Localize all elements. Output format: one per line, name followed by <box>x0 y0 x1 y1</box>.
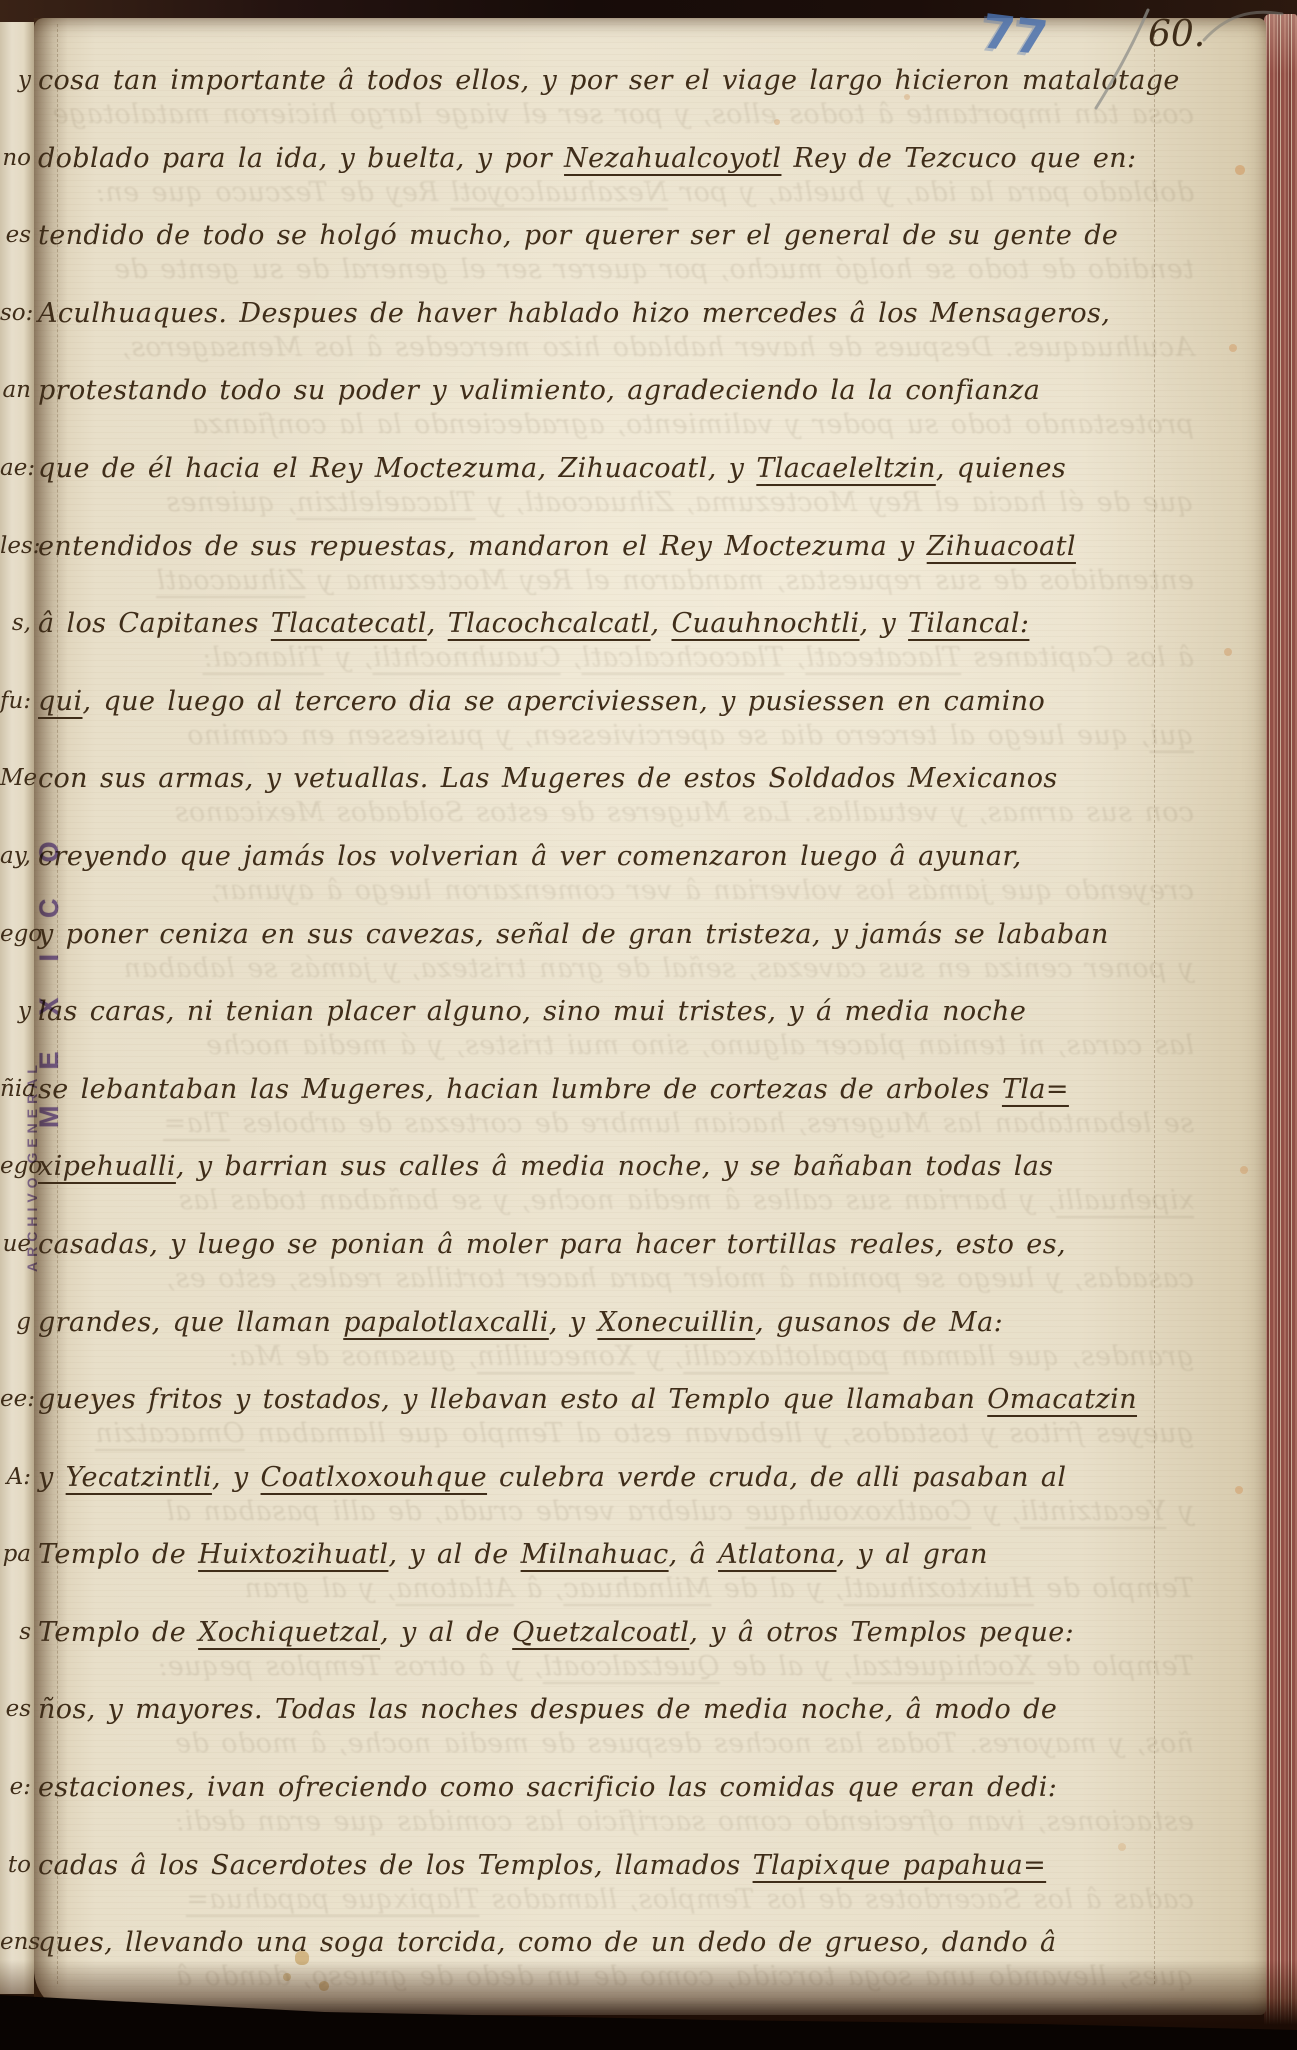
text-segment: , <box>651 608 672 639</box>
underlined-word: papalotlaxcalli <box>343 1307 549 1338</box>
manuscript-line: Templo de Huixtozihuatl, y al de Milnahu… <box>38 1516 1188 1594</box>
underlined-word: Tlacaeleltzin <box>756 453 936 484</box>
manuscript-line: tendido de todo se holgó mucho, por quer… <box>38 197 1188 275</box>
text-segment: , y <box>549 1307 598 1338</box>
text-segment: ños, y mayores. Todas las noches despues… <box>38 1694 1057 1725</box>
text-segment: se lebantaban las Mugeres, hacian lumbre… <box>38 1074 1002 1105</box>
text-segment: entendidos de sus repuestas, mandaron el… <box>38 531 927 562</box>
underlined-word: Xonecuillin <box>597 1307 755 1338</box>
text-segment: grandes, que llaman <box>38 1307 343 1338</box>
margin-fragment: ee: <box>0 1361 31 1439</box>
underlined-word: xipehualli <box>38 1151 176 1182</box>
text-segment: Rey de Tezcuco que en: <box>781 143 1136 174</box>
margin-fragment: ae: <box>0 430 31 508</box>
text-segment: que de él hacia el Rey Moctezuma, Zihuac… <box>38 453 756 484</box>
text-segment: , y â otros Templos peque: <box>689 1617 1074 1648</box>
margin-fragment: s <box>0 1594 31 1672</box>
text-segment: con sus armas, y vetuallas. Las Mugeres … <box>38 763 1058 794</box>
pencil-mark <box>1082 4 1166 116</box>
underlined-word: Yecatzintli <box>66 1462 212 1493</box>
manuscript-line: con sus armas, y vetuallas. Las Mugeres … <box>38 740 1188 818</box>
manuscript-line: doblado para la ida, y buelta, y por Nez… <box>38 120 1188 198</box>
text-segment: y <box>38 1462 66 1493</box>
margin-fragment: ñia <box>0 1051 31 1129</box>
text-segment: culebra verde cruda, de alli pasaban al <box>487 1462 1066 1493</box>
manuscript-line: que de él hacia el Rey Moctezuma, Zihuac… <box>38 430 1188 508</box>
text-segment: gueyes fritos y tostados, y llebavan est… <box>38 1384 987 1415</box>
text-segment: tendido de todo se holgó mucho, por quer… <box>38 220 1118 251</box>
text-segment: doblado para la ida, y buelta, y por <box>38 143 564 174</box>
text-segment: , y barrian sus calles â media noche, y … <box>176 1151 1054 1182</box>
manuscript-line: Aculhuaques. Despues de haver hablado hi… <box>38 275 1188 353</box>
manuscript-line: ños, y mayores. Todas las noches despues… <box>38 1671 1188 1749</box>
manuscript-line: estaciones, ivan ofreciendo como sacrifi… <box>38 1749 1188 1827</box>
underlined-word: Atlatona <box>718 1539 836 1570</box>
manuscript-line: protestando todo su poder y valimiento, … <box>38 352 1188 430</box>
underlined-word: Milnahuac <box>521 1539 669 1570</box>
text-segment: , y <box>859 608 908 639</box>
margin-fragment: to <box>0 1827 31 1905</box>
underlined-word: Quetzalcoatl <box>512 1617 689 1648</box>
text-segment: casadas, y luego se ponian â moler para … <box>38 1229 1066 1260</box>
manuscript-line: qui, que luego al tercero dia se aperciv… <box>38 663 1188 741</box>
text-segment: las caras, ni tenian placer alguno, sino… <box>38 996 1026 1027</box>
margin-fragment: ay, <box>0 818 31 896</box>
manuscript-line: â los Capitanes Tlacatecatl, Tlacochcalc… <box>38 585 1188 663</box>
underlined-word: Xochiquetzal <box>198 1617 380 1648</box>
text-segment: Templo de <box>38 1617 198 1648</box>
underlined-word: Tilancal: <box>908 608 1029 639</box>
margin-fragment: ego <box>0 1128 31 1206</box>
margin-fragment: es <box>0 1671 31 1749</box>
underlined-word: Cuauhnochtli <box>671 608 859 639</box>
pencil-folio-number: 77 <box>979 4 1051 67</box>
margin-fragment: s, <box>0 585 31 663</box>
manuscript-line: xipehualli, y barrian sus calles â media… <box>38 1128 1188 1206</box>
manuscript-line: creyendo que jamás los volverian â ver c… <box>38 818 1188 896</box>
manuscript-line: y poner ceniza en sus cavezas, señal de … <box>38 896 1188 974</box>
manuscript-line: entendidos de sus repuestas, mandaron el… <box>38 508 1188 586</box>
manuscript-line: casadas, y luego se ponian â moler para … <box>38 1206 1188 1284</box>
text-segment: estaciones, ivan ofreciendo como sacrifi… <box>38 1772 1057 1803</box>
text-segment: , y al de <box>388 1539 520 1570</box>
underlined-word: qui <box>38 686 83 717</box>
text-segment: , y al de <box>380 1617 512 1648</box>
underlined-word: Omacatzin <box>987 1384 1137 1415</box>
text-segment: , y <box>212 1462 261 1493</box>
margin-fragment: fu: <box>0 663 31 741</box>
text-segment: â los Capitanes <box>38 608 271 639</box>
manuscript-line: las caras, ni tenian placer alguno, sino… <box>38 973 1188 1051</box>
margin-fragment: ego <box>0 896 31 974</box>
text-segment: protestando todo su poder y valimiento, … <box>38 375 1040 406</box>
text-segment: y poner ceniza en sus cavezas, señal de … <box>38 919 1109 950</box>
underlined-word: Zihuacoatl <box>927 531 1076 562</box>
text-segment: , que luego al tercero dia se apercivies… <box>83 686 1046 717</box>
margin-fragment: so: <box>0 275 31 353</box>
margin-fragment: ue <box>0 1206 31 1284</box>
manuscript-line: cadas â los Sacerdotes de los Templos, l… <box>38 1827 1188 1905</box>
underlined-word: Huixtozihuatl <box>198 1539 388 1570</box>
text-segment: Templo de <box>38 1539 198 1570</box>
text-segment: , quienes <box>936 453 1066 484</box>
pencil-scrawl-corner <box>1198 0 1288 46</box>
underlined-word: Tlacochcalcatl <box>448 608 651 639</box>
manuscript-text: cosa tan importante â todos ellos, y por… <box>38 42 1188 1982</box>
manuscript-line: y Yecatzintli, y Coatlxoxouhque culebra … <box>38 1439 1188 1517</box>
margin-fragment: no <box>0 120 31 198</box>
manuscript-line: Templo de Xochiquetzal, y al de Quetzalc… <box>38 1594 1188 1672</box>
text-segment: , â <box>669 1539 718 1570</box>
margin-fragment: es <box>0 197 31 275</box>
underlined-word: Tla= <box>1002 1074 1069 1105</box>
manuscript-line: se lebantaban las Mugeres, hacian lumbre… <box>38 1051 1188 1129</box>
text-segment: Aculhuaques. Despues de haver hablado hi… <box>38 298 1110 329</box>
margin-fragment: Me <box>0 740 31 818</box>
page-fore-edge <box>1264 14 1297 2034</box>
underlined-word: Nezahualcoyotl <box>564 143 781 174</box>
margin-fragment: y <box>0 42 31 120</box>
text-segment: creyendo que jamás los volverian â ver c… <box>38 841 1022 872</box>
paper-stains <box>0 0 4 4</box>
text-segment: , <box>427 608 448 639</box>
margin-fragment: e: <box>0 1749 31 1827</box>
text-segment: , y al gran <box>836 1539 987 1570</box>
text-segment: cosa tan importante â todos ellos, y por… <box>38 65 1180 96</box>
text-segment: ques, llevando una soga torcida, como de… <box>38 1927 1057 1958</box>
text-segment: , gusanos de Ma: <box>755 1307 1003 1338</box>
underlined-word: Tlapixque papahua= <box>753 1850 1047 1881</box>
margin-fragment: pa <box>0 1516 31 1594</box>
facing-page-fragments: ynoesso:anae:les:s,fu:Meay,egoyñiaegoueg… <box>0 42 31 1982</box>
manuscript-line: grandes, que llaman papalotlaxcalli, y X… <box>38 1284 1188 1362</box>
margin-fragment: y <box>0 973 31 1051</box>
margin-fragment: A: <box>0 1439 31 1517</box>
underlined-word: Coatlxoxouhque <box>261 1462 488 1493</box>
text-segment: cadas â los Sacerdotes de los Templos, l… <box>38 1850 753 1881</box>
manuscript-line: gueyes fritos y tostados, y llebavan est… <box>38 1361 1188 1439</box>
margin-fragment: g <box>0 1284 31 1362</box>
margin-fragment: les: <box>0 508 31 586</box>
margin-fragment: an <box>0 352 31 430</box>
underlined-word: Tlacatecatl <box>271 608 427 639</box>
